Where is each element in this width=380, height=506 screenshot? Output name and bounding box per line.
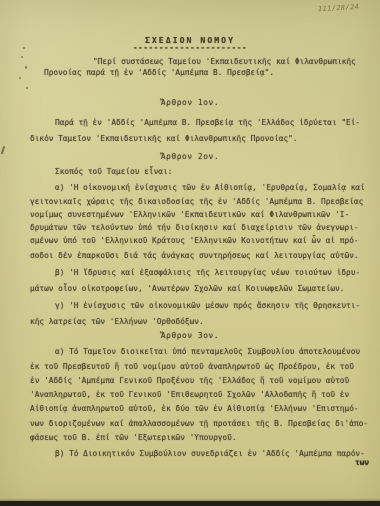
body-line: δικόν Ταμεῖον 'Εκπαιδευτικῆς καί Φιλανθρ… (30, 134, 298, 144)
body-line: φάσεως τοῦ Β. ἐπί τῶν 'Εξωτερικῶν 'Υπουρ… (30, 433, 237, 443)
body-line: β) Τό Διοικητικόν Συμβούλιον συνεδριάζει… (55, 449, 365, 459)
body-line: ἐν 'Αδδίς 'Αμπέμπα Γενικοῦ Προξένου τῆς … (30, 376, 349, 386)
body-line: σοδοι δέν ἐπαρκοῦσι διά τάς ἀνάγκας συντ… (30, 251, 359, 261)
body-line: νων διοριζομένων καί ἀπαλλασσομένων τῇ π… (30, 419, 368, 429)
body-line: Σκοπός τοῦ Ταμείου εἶναι: (55, 167, 172, 177)
body-line: β) 'Η ἵδρυσις καί ἐξασφάλισις τῆς λειτου… (55, 268, 360, 278)
catchword: των (355, 458, 369, 468)
body-line: γειτονικαῖς χώραις τῆς δικαιοδοσίας τῆς … (30, 197, 363, 207)
article-1-heading: Ἄρθρον 1ον. (0, 98, 380, 108)
body-line: α) Τό Ταμεῖον διοικεῖται ὑπό πενταμελοῦς… (55, 347, 360, 357)
scanned-document-page: 111/28/24 ΣΧΕΔΙΟΝ ΝΟΜΟΥ ----------------… (0, 0, 380, 506)
body-line: νομίμως συνεστημένων 'Ελληνικῶν 'Εκπαιδε… (30, 210, 349, 220)
body-line: Παρά τῇ ἐν 'Αδδίς 'Αμπέμπα Β. Πρεσβείᾳ τ… (55, 118, 360, 128)
body-line: 'Αναπληρωτοῦ, ἐκ τοῦ Γενικοῦ 'Επιθεωρητο… (30, 390, 349, 400)
body-line: Αἰθιοπίᾳ ἀναπληρωτοῦ αὐτοῦ, ἐκ δύο τῶν ἐ… (30, 404, 359, 414)
body-line: ἐκ τοῦ Πρεσβευτοῦ ἤ τοῦ νομίμου αὐτοῦ ἀν… (30, 362, 354, 372)
body-line: μάτων οἷον οἰκοτροφείων, 'Ανωτέρων Σχολῶ… (30, 284, 345, 294)
ink-smudge (25, 66, 27, 69)
ink-smudge (19, 77, 21, 79)
subtitle-line: "Περί συστάσεως Ταμείου 'Εκπαιδευτικῆς κ… (93, 57, 356, 67)
body-line: α) 'Η οἰκονομική ἐνίσχυσις τῶν ἐν Αἰθιοπ… (55, 183, 365, 193)
handwritten-reference-number: 111/28/24 (318, 3, 360, 13)
ink-smudge (21, 56, 23, 58)
body-line: κῆς λατρείας τῶν 'Ελλήνων 'Ορθοδόξων. (30, 317, 204, 327)
ink-smudge (26, 87, 28, 89)
article-3-heading: Ἄρθρον 3ον. (0, 331, 380, 341)
body-line: σμένων ὑπό τοῦ 'Ελληνικοῦ Κράτους 'Ελλην… (30, 236, 359, 246)
subtitle-line: Προνοίας παρά τῇ ἐν 'Αδδίς 'Αμπέμπα Β. Π… (44, 68, 274, 78)
body-line: γ) 'Η ἐνίσχυσις τῶν οἰκονομικῶν μέσων πρ… (55, 301, 360, 311)
title-underline: ---------------------- (0, 43, 380, 53)
article-2-heading: Ἄρθρον 2ον. (0, 152, 380, 162)
scan-bottom-edge (0, 501, 380, 506)
body-line: δρυμάτων τῶν τελούντων ὑπό τήν διοίκησιν… (30, 223, 359, 233)
